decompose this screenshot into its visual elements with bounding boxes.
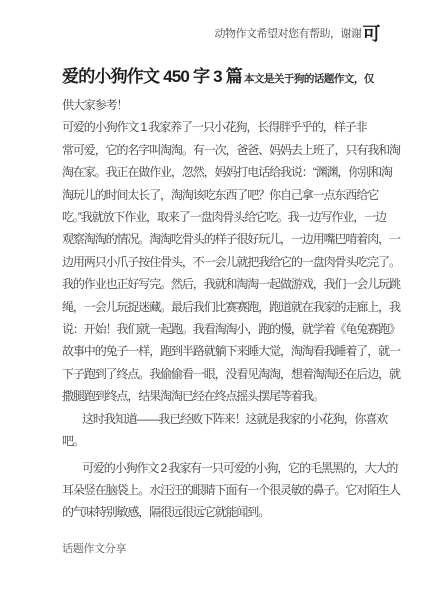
body-line: 可爱的小狗作文 1 我家养了一只小花狗，长得胖乎乎的，样子非: [62, 116, 402, 138]
body-line: 淘在家。我正在做作业，忽然，妈妈打电话给我说：“渊渊，你别和淘: [62, 161, 402, 183]
body-line: 边用两只小爪子按住骨头，不一会儿就把我给它的一盘肉骨头吃完了。: [62, 251, 402, 273]
body-line: 这时我知道——我已经败下阵来！这就是我家的小花狗，你喜欢: [62, 408, 402, 430]
body-line: 我的作业也正好写完。然后，我就和淘淘一起做游戏，我们一会儿玩跳: [62, 273, 402, 295]
body-line: 耳朵竖在脑袋上。水汪汪的眼睛下面有一个很灵敏的鼻子。它对陌生人: [62, 479, 402, 501]
body-line: 供大家参考！: [62, 94, 402, 116]
body-line: 的气味特别敏感，隔很远很远它就能闻到。: [62, 501, 402, 523]
title-line: 爱的小狗作文 450 字 3 篇 本文是关于狗的话题作文，仅: [62, 62, 384, 87]
page-footer-label: 话题作文分享: [62, 540, 126, 556]
body-line: 常可爱，它的名字叫淘淘。有一次，爸爸、妈妈去上班了，只有我和淘: [62, 139, 402, 161]
body-line: 下子跑到了终点。我偷偷看一眼，没看见淘淘，想着淘淘还在后边，就: [62, 363, 402, 385]
title-overflow-char: 可: [363, 20, 381, 46]
body-line: 故事中的兔子一样，跑到半路就躺下来睡大觉，淘淘看我睡着了，就一: [62, 340, 402, 362]
body-line: 绳，一会儿玩捉迷藏。最后我们比赛赛跑，跑道就在我家的走廊上，我: [62, 296, 402, 318]
document-body: 供大家参考！ 可爱的小狗作文 1 我家养了一只小花狗，长得胖乎乎的，样子非 常可…: [62, 94, 402, 524]
header-note: 动物作文希望对您有帮助，谢谢: [215, 25, 362, 41]
document-subtitle: 本文是关于狗的话题作文，仅: [244, 71, 374, 86]
body-line: 撒腿跑到终点，结果淘淘已经在终点摇头摆尾等着我。: [62, 385, 402, 407]
document-page: 动物作文希望对您有帮助，谢谢 可 爱的小狗作文 450 字 3 篇 本文是关于狗…: [0, 0, 424, 600]
document-title: 爱的小狗作文 450 字 3 篇: [62, 62, 242, 87]
body-line: 吧。: [62, 430, 402, 452]
body-line: 可爱的小狗作文 2 我家有一只可爱的小狗，它的毛黑黑的，大大的: [62, 457, 402, 479]
page-header: 动物作文希望对您有帮助，谢谢 可: [215, 20, 381, 46]
body-line: 淘玩儿的时间太长了，淘淘该吃东西了吧？你自己拿一点东西给它: [62, 184, 402, 206]
body-line: 说：开始！我们就一起跑。我看淘淘小，跑的慢，就学着《龟兔赛跑》: [62, 318, 402, 340]
body-line: 观察淘淘的情况。淘淘吃骨头的样子很好玩儿，一边用嘴巴啃着肉，一: [62, 228, 402, 250]
body-line: 吃。”我就放下作业，取来了一盘肉骨头给它吃。我一边写作业，一边: [62, 206, 402, 228]
